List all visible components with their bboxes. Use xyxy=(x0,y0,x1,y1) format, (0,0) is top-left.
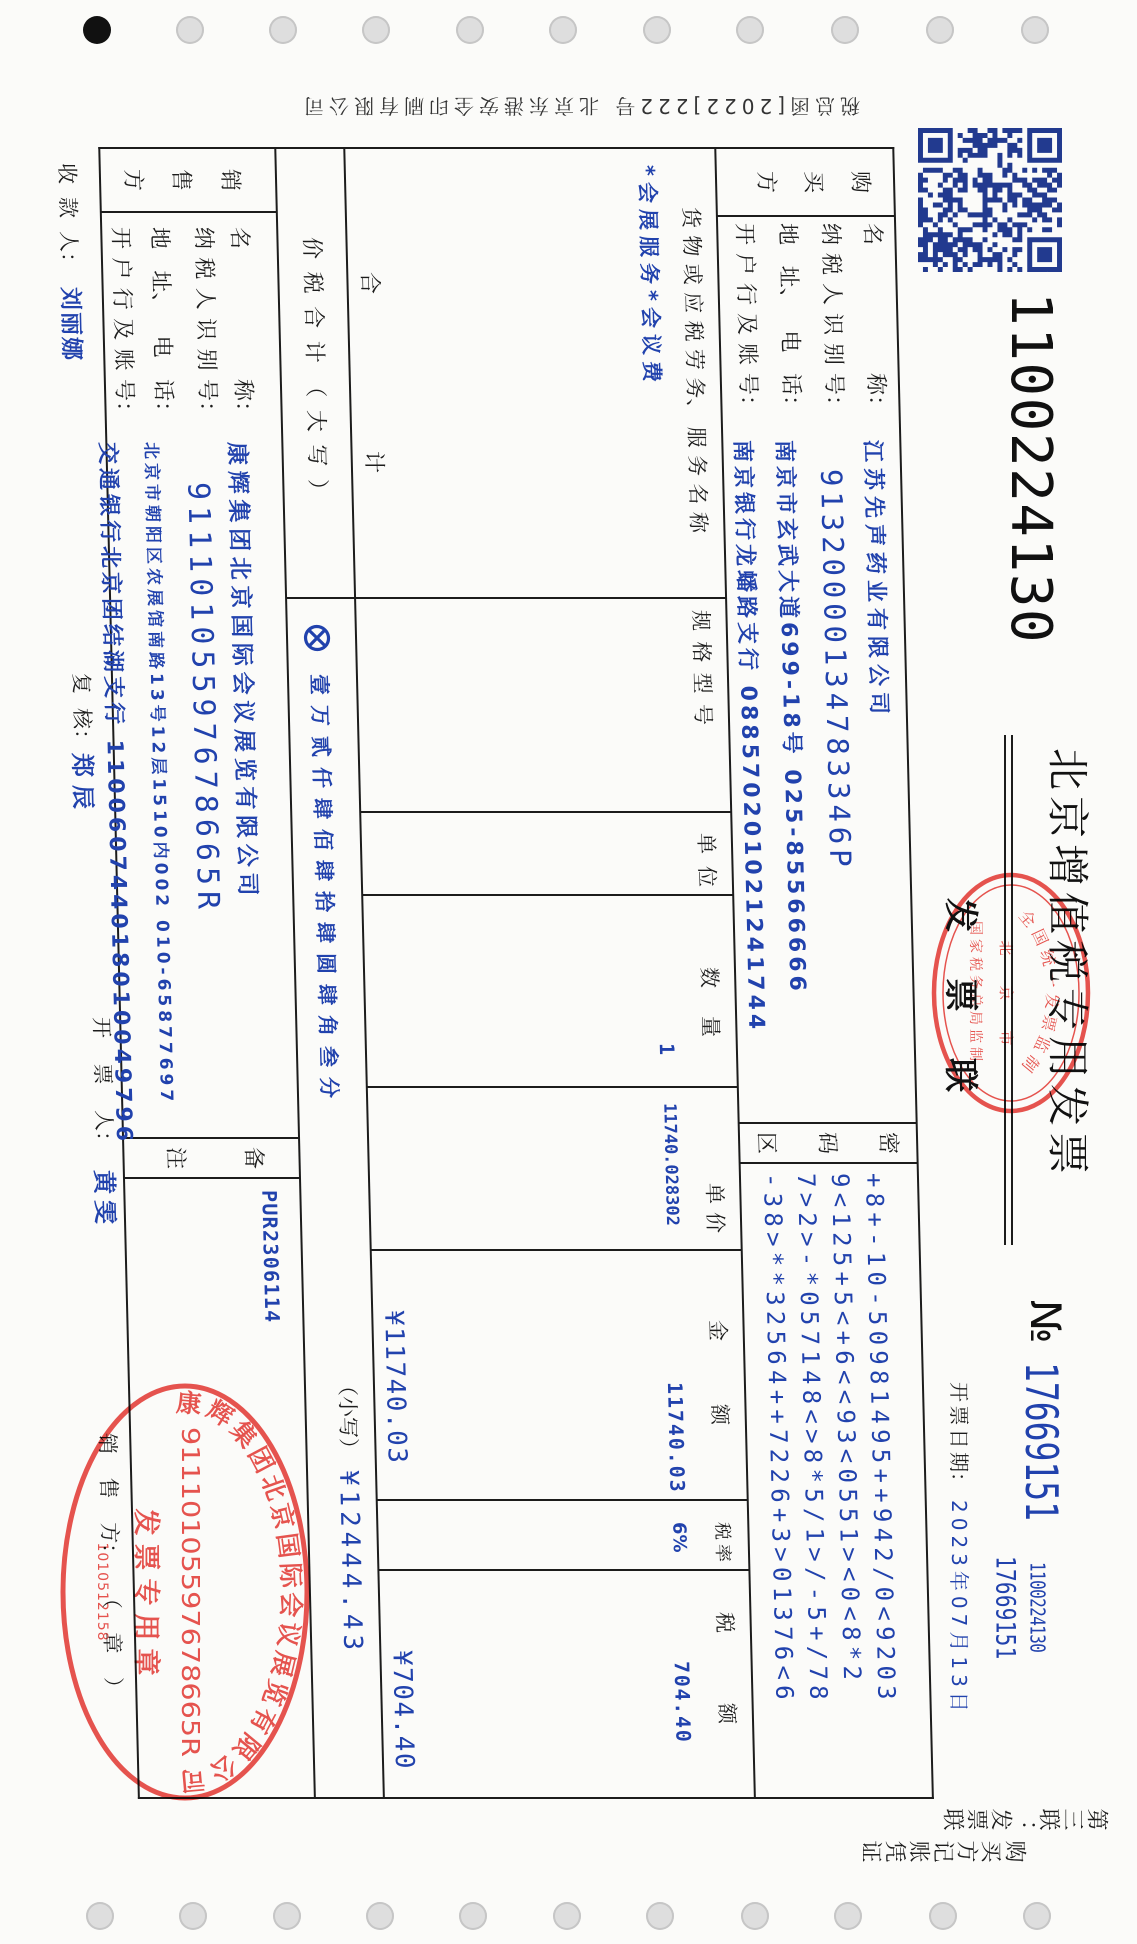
label-glyph: 区 xyxy=(754,1132,777,1154)
perforation-hole xyxy=(269,16,297,44)
label-glyph: 账 xyxy=(735,343,758,365)
label-glyph: 址、 xyxy=(776,266,799,310)
cipher-line: 9<125+5<+6<<93<0551><0<8*2 xyxy=(828,1173,864,1685)
label-glyph: 备 xyxy=(241,1147,264,1169)
cipher-line: +8+-10-50981495++942/0<9203 xyxy=(862,1173,899,1705)
label-glyph: 识 xyxy=(820,313,843,335)
label-glyph: 款 xyxy=(56,197,78,218)
label-glyph: 收 xyxy=(56,163,78,184)
label-glyph: 地 xyxy=(147,227,170,249)
cross-circle-icon xyxy=(303,624,332,652)
label-glyph: 行 xyxy=(734,283,757,305)
table-border-top xyxy=(892,147,934,1799)
label-glyph: 名 xyxy=(686,484,708,505)
label-glyph: 话： xyxy=(151,379,174,423)
perforation-hole xyxy=(1021,16,1049,44)
label-glyph: 话： xyxy=(779,373,802,417)
perforation-hole xyxy=(929,1902,957,1930)
price-tax-lowercase-label: （小写） xyxy=(336,1375,359,1459)
label-glyph: 号： xyxy=(112,379,135,423)
label-glyph: 号： xyxy=(822,373,845,417)
label-glyph: 写 xyxy=(304,444,327,466)
perforation-hole xyxy=(1023,1902,1051,1930)
issuer-name: 黄雯 xyxy=(92,1170,117,1230)
label-glyph: 名 xyxy=(860,223,883,245)
total-amount: ¥11740.03 xyxy=(380,1310,410,1464)
label-glyph: 地 xyxy=(775,223,798,245)
label-glyph: 额 xyxy=(716,1703,738,1724)
price-tax-total-lowercase: ¥12444.43 xyxy=(335,1470,365,1655)
column-header-amount: 金额 xyxy=(706,1320,730,1425)
label-glyph: 号 xyxy=(692,704,714,725)
label-glyph: 型 xyxy=(691,673,713,694)
label-glyph: 号： xyxy=(736,373,759,417)
item-name: *会展服务*会议费 xyxy=(636,165,662,388)
label-glyph: 务 xyxy=(686,455,708,476)
perforation-hole xyxy=(926,16,954,44)
column-divider-price xyxy=(371,1249,742,1251)
item-amount: 11740.03 xyxy=(665,1382,688,1494)
column-header-unit-price: 单价 xyxy=(703,1183,725,1233)
seller-section-label: 销售方 xyxy=(99,148,277,212)
label-glyph: 电 xyxy=(778,330,801,352)
label-glyph: 开 xyxy=(108,227,131,249)
seller-invoice-stamp: 康辉集团北京国际会议展览有限公司 91110105597678665R 发票专用… xyxy=(50,1382,320,1802)
payee-label: 收款人： xyxy=(56,163,80,273)
price-tax-total-uppercase: 壹万贰仟肆佰肆拾肆圆肆角叁分 xyxy=(308,674,339,1108)
item-unit-price: 11740.028302 xyxy=(660,1103,680,1226)
label-glyph: 税 xyxy=(192,257,215,279)
label-glyph: 或 xyxy=(681,264,703,285)
label-glyph: 开 xyxy=(732,223,755,245)
label-glyph: 别 xyxy=(821,343,844,365)
label-glyph: 额 xyxy=(708,1404,730,1425)
total-label: 合计 xyxy=(357,272,384,473)
remarks-value: PUR2306114 xyxy=(259,1190,282,1323)
buyer-bank: 南京银行龙蟠路支行 088570201021241744 xyxy=(730,440,766,1033)
label-glyph: 号： xyxy=(195,379,218,423)
perforation-hole xyxy=(549,16,577,44)
label-glyph: 方 xyxy=(754,171,777,193)
label-glyph: 计 xyxy=(302,341,325,363)
total-tax: ¥704.40 xyxy=(388,1650,417,1770)
perforation-hole xyxy=(273,1902,301,1930)
perforation-hole xyxy=(643,16,671,44)
label-glyph: ） xyxy=(305,479,328,501)
label-glyph: 票 xyxy=(91,1064,113,1085)
cipher-area-label: 密码区 xyxy=(739,1123,918,1163)
label-glyph: 及 xyxy=(110,318,133,340)
label-glyph: （ xyxy=(303,375,326,397)
buyer-section-label: 购买方 xyxy=(715,149,895,215)
label-glyph: 数 xyxy=(698,967,720,988)
label-glyph: 人 xyxy=(193,288,216,310)
label-glyph: 计 xyxy=(362,451,385,473)
seller-taxid: 91110105597678665R xyxy=(182,482,222,915)
seller-bank-label: 开户行及账号： xyxy=(108,227,135,423)
label-glyph: 服 xyxy=(685,427,707,448)
perforation-hole xyxy=(366,1902,394,1930)
label-glyph: 纳 xyxy=(818,223,841,245)
item-tax: 704.40 xyxy=(672,1661,694,1743)
label-glyph: 纳 xyxy=(191,227,214,249)
label-glyph: 税 xyxy=(819,253,842,275)
label-glyph: 称： xyxy=(231,379,254,423)
label-glyph: 别 xyxy=(194,349,217,371)
label-glyph: 复 xyxy=(70,673,92,694)
item-tax-rate: 6% xyxy=(669,1522,688,1553)
perforation-hole xyxy=(831,16,859,44)
column-divider-quantity xyxy=(367,1086,738,1088)
label-glyph: 税 xyxy=(682,321,704,342)
cipher-line: -38>**32564++7226+3>01376<6 xyxy=(760,1173,797,1705)
label-glyph: 单 xyxy=(703,1183,725,1204)
label-glyph: 税 xyxy=(712,1522,730,1540)
perforation-hole xyxy=(459,1902,487,1930)
label-glyph: 位 xyxy=(696,866,718,887)
label-glyph: 注 xyxy=(163,1147,186,1169)
label-glyph: 行 xyxy=(110,288,133,310)
label-glyph: 人 xyxy=(820,283,843,305)
stamp-tax-id: 91110105597678665R xyxy=(176,1427,205,1757)
stamp-title: 发票专用章 xyxy=(130,1509,162,1684)
label-glyph: 货 xyxy=(680,207,702,228)
cipher-line: 7>2>-*057148<>8*5/1>/-5+/78 xyxy=(794,1173,831,1705)
label-glyph: 核： xyxy=(71,708,93,750)
invoice-photo: 税总函[2022]222号 北京东港安全印刷有限公司 1100224130 北京… xyxy=(0,0,1137,1944)
perforation-hole xyxy=(456,16,484,44)
remarks-label: 备注 xyxy=(123,1138,300,1178)
reviewer-label: 复核： xyxy=(70,673,93,750)
label-glyph: 率 xyxy=(713,1544,731,1562)
perforation-hole xyxy=(834,1902,862,1930)
perforation-hole xyxy=(179,1902,207,1930)
divider-buyer-label xyxy=(717,215,895,217)
label-glyph: 及 xyxy=(734,313,757,335)
buyer-bank-label: 开户行及账号： xyxy=(732,223,759,417)
column-divider-rate xyxy=(378,1569,749,1571)
label-glyph: 人： xyxy=(92,1110,114,1152)
column-header-tax: 税额 xyxy=(713,1612,737,1724)
perforation-hole xyxy=(86,1902,114,1930)
label-glyph: 大 xyxy=(304,410,327,432)
buyer-name: 江苏先声药业有限公司 xyxy=(860,440,889,720)
column-header-quantity: 数量 xyxy=(698,967,721,1037)
column-divider-amount xyxy=(377,1499,748,1501)
column-divider-name xyxy=(286,597,726,599)
label-glyph: 码 xyxy=(815,1132,838,1154)
label-glyph: 户 xyxy=(733,253,756,275)
perforation-hole xyxy=(176,16,204,44)
perforation-hole xyxy=(736,16,764,44)
label-glyph: 售 xyxy=(169,169,192,191)
label-glyph: 劳 xyxy=(683,349,705,370)
label-glyph: 方 xyxy=(121,169,144,191)
label-glyph: 密 xyxy=(876,1132,899,1154)
buyer-taxid-label: 纳税人识别号： xyxy=(818,223,845,417)
label-glyph: 税 xyxy=(300,272,323,294)
seller-name: 康辉集团北京国际会议展览有限公司 xyxy=(224,442,258,901)
buyer-taxid: 91320000134783346P xyxy=(816,469,855,871)
perforation-hole xyxy=(362,16,390,44)
label-glyph: 单 xyxy=(695,833,717,854)
label-glyph: 合 xyxy=(357,272,380,294)
label-glyph: 开 xyxy=(90,1017,112,1038)
label-glyph: 名 xyxy=(227,227,250,249)
label-glyph: 识 xyxy=(193,318,216,340)
label-glyph: 购 xyxy=(848,171,871,193)
item-quantity: 1 xyxy=(657,1043,677,1055)
column-header-unit: 单位 xyxy=(695,833,717,887)
seller-taxid-label: 纳税人识别号： xyxy=(191,227,218,423)
label-glyph: 量 xyxy=(699,1016,721,1037)
column-header-tax-rate: 税率 xyxy=(712,1522,731,1562)
label-glyph: 址、 xyxy=(148,270,171,314)
payee-name: 刘丽娜 xyxy=(58,287,83,362)
label-glyph: 称： xyxy=(864,373,887,417)
seller-name-label: 名称： xyxy=(227,227,254,423)
seller-address: 北京市朝阳区农展馆南路13号12层1510内002 010-65877697 xyxy=(141,442,174,1105)
label-glyph: 格 xyxy=(690,641,712,662)
label-glyph: 销 xyxy=(218,169,241,191)
label-glyph: 税 xyxy=(713,1612,735,1633)
reviewer-name: 郑辰 xyxy=(70,753,96,817)
label-glyph: 人： xyxy=(57,231,79,273)
buyer-address: 南京市玄武大道699-18号 025-85566666 xyxy=(772,440,807,995)
stamp-serial: 1010512158 xyxy=(94,1542,110,1641)
issuer-label: 开票人： xyxy=(90,1017,114,1152)
buyer-name-label: 名称： xyxy=(860,223,887,417)
column-divider-unit xyxy=(362,894,733,896)
label-glyph: 物 xyxy=(680,235,702,256)
label-glyph: 务、 xyxy=(684,377,706,419)
label-glyph: 价 xyxy=(704,1212,726,1233)
perforation-hole xyxy=(646,1902,674,1930)
label-glyph: 应 xyxy=(682,292,704,313)
label-glyph: 买 xyxy=(801,171,824,193)
column-header-name: 货物或应税劳务、服务名称 xyxy=(680,207,709,533)
label-glyph: 价 xyxy=(299,237,322,259)
perforation-hole xyxy=(553,1902,581,1930)
seller-address-label: 地址、电话： xyxy=(147,227,174,423)
label-glyph: 户 xyxy=(109,257,132,279)
column-divider-spec xyxy=(360,811,731,813)
price-tax-total-label: 价税合计（大写） xyxy=(299,237,327,501)
buyer-address-label: 地址、电话： xyxy=(775,223,802,417)
perforation-hole xyxy=(83,16,111,44)
label-glyph: 电 xyxy=(150,336,173,358)
label-glyph: 账 xyxy=(111,349,134,371)
perforation-hole xyxy=(741,1902,769,1930)
label-glyph: 合 xyxy=(301,306,324,328)
label-glyph: 规 xyxy=(689,610,711,631)
label-glyph: 称 xyxy=(687,512,709,533)
label-glyph: 金 xyxy=(706,1320,728,1341)
vat-invoice-sheet: 税总函[2022]222号 北京东港安全印刷有限公司 1100224130 北京… xyxy=(0,0,1137,1944)
column-header-spec: 规格型号 xyxy=(689,610,713,725)
